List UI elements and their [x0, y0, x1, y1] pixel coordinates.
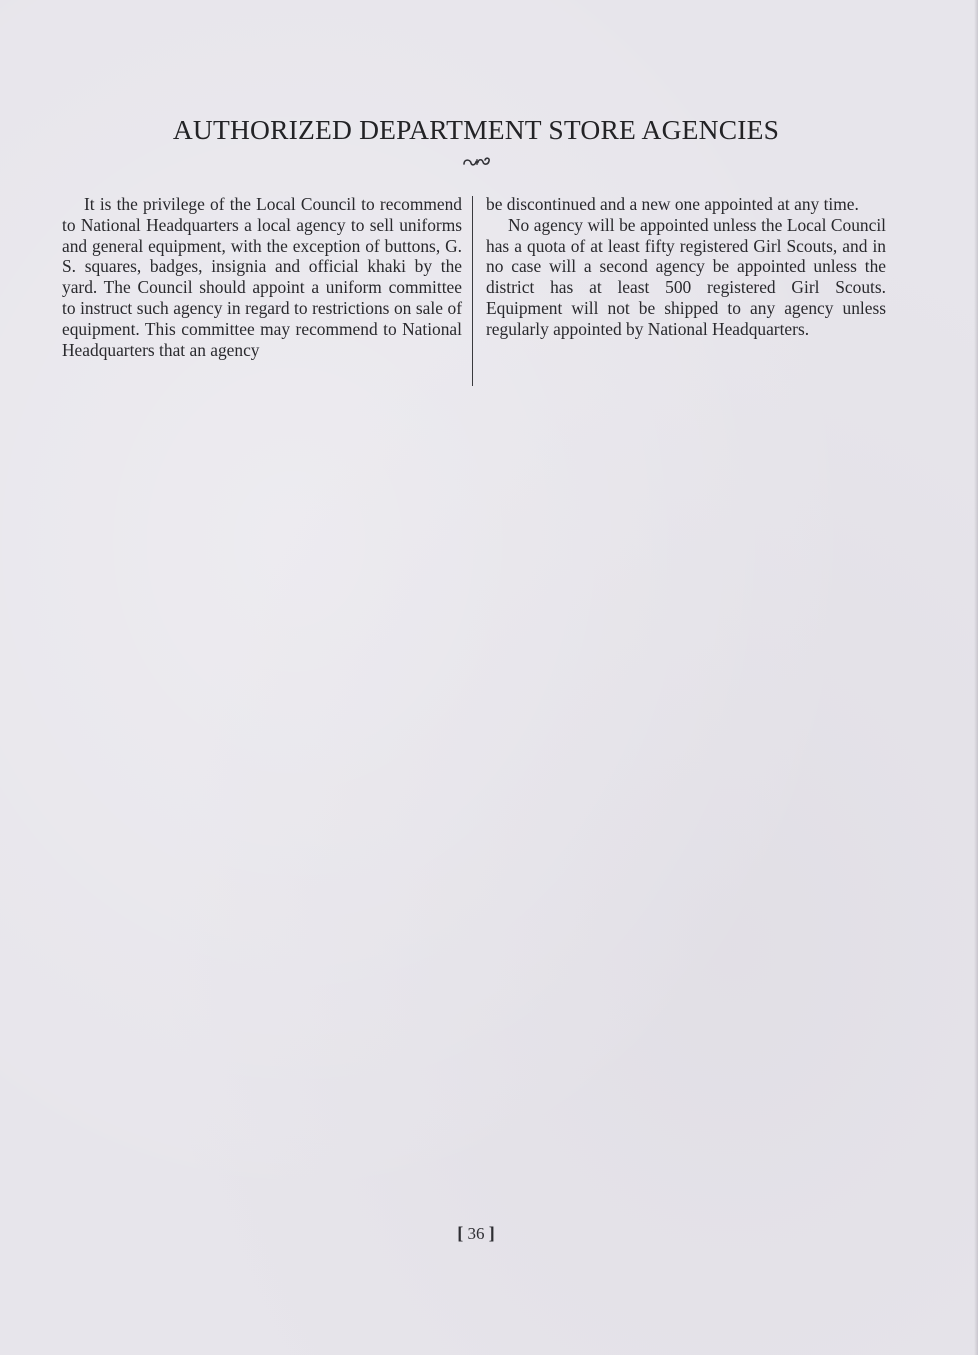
paragraph-agency-privilege: It is the privilege of the Local Council…: [62, 194, 462, 360]
page-number: [ 36 ]: [0, 1223, 952, 1244]
page-number-value: 36: [468, 1224, 485, 1243]
page-number-open-bracket: [: [457, 1223, 463, 1243]
page-edge: [974, 0, 978, 1355]
fleuron-ornament-icon: [462, 154, 492, 170]
column-divider: [472, 196, 473, 386]
page-number-close-bracket: ]: [489, 1223, 495, 1243]
page-title: AUTHORIZED DEPARTMENT STORE AGENCIES: [0, 112, 952, 148]
right-column: be discontinued and a new one appointed …: [486, 194, 886, 340]
left-column: It is the privilege of the Local Council…: [62, 194, 462, 360]
paragraph-appointment-rules: No agency will be appointed unless the L…: [486, 215, 886, 340]
paragraph-continuation: be discontinued and a new one appointed …: [486, 194, 886, 215]
